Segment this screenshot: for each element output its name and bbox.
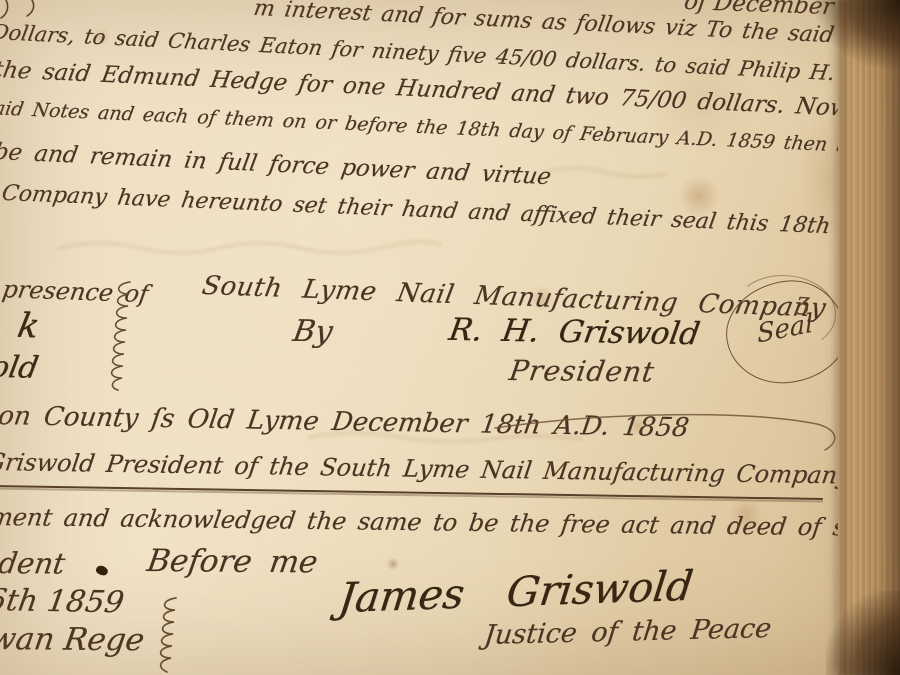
foxing-spot [90,28,112,46]
foxing-spot [626,416,650,436]
paper-stain [636,56,766,152]
witness-brace [106,280,136,402]
before-me-line: Before me [145,543,320,580]
deed-line-eaton: Dollars, to said Charles Eaton for ninet… [0,20,900,89]
venue-date-line: ton County ſs Old Lyme December 18th A.D… [0,401,691,443]
deed-line-seal-date: Company have hereunto set their hand and… [0,181,900,242]
recorder-brace [152,596,182,675]
book-page-edges [838,0,900,675]
by-label: By [290,314,335,350]
foxing-spot [726,500,766,530]
deed-line-interest: m interest and for sums as follows viz T… [252,0,836,48]
ink-blot [95,564,109,576]
witness-signature-fragment: old [0,350,41,386]
foxing-spot [528,286,556,310]
witness-signature-fragment: k [14,306,42,346]
president-title: President [507,354,657,388]
recorder-fragment: wan Rege [0,621,147,658]
deed-line-hedge: the said Edmund Hedge for one Hundred an… [0,57,900,126]
emphasis-underline [0,485,823,500]
seal-label: Seal [756,309,814,350]
deed-line-notes-due: said Notes and each of them on or before… [0,97,900,162]
deed-line-force: be and remain in full force power and vi… [0,139,553,190]
corner-shadow-top-right [814,0,900,70]
justice-title: Justice of the Peace [482,613,773,651]
president-word-fragment: ident [0,546,67,581]
handwritten-ledger-photo: of December m interest and for sums as f… [0,0,900,675]
president-signature: R. H. Griswold [446,312,702,352]
pen-swash [485,410,855,458]
foxing-spot [676,176,722,216]
justice-signature: James Griswold [336,562,695,623]
ink-speck [386,558,400,570]
drawn-seal-circle: Seal [721,275,851,389]
acknowledgment-line-2: ment and acknowledged the same to be the… [0,503,900,543]
acknowledgment-underlined-line: Griswold President of the South Lyme Nai… [0,448,900,491]
date-fragment: 6th 1859 [0,583,126,620]
witness-clause: in presence of [0,274,150,308]
deed-line-fragment-december: of December [682,0,835,20]
corner-shadow-bottom-right [826,591,900,675]
clipped-stroke-fragments [0,0,70,22]
